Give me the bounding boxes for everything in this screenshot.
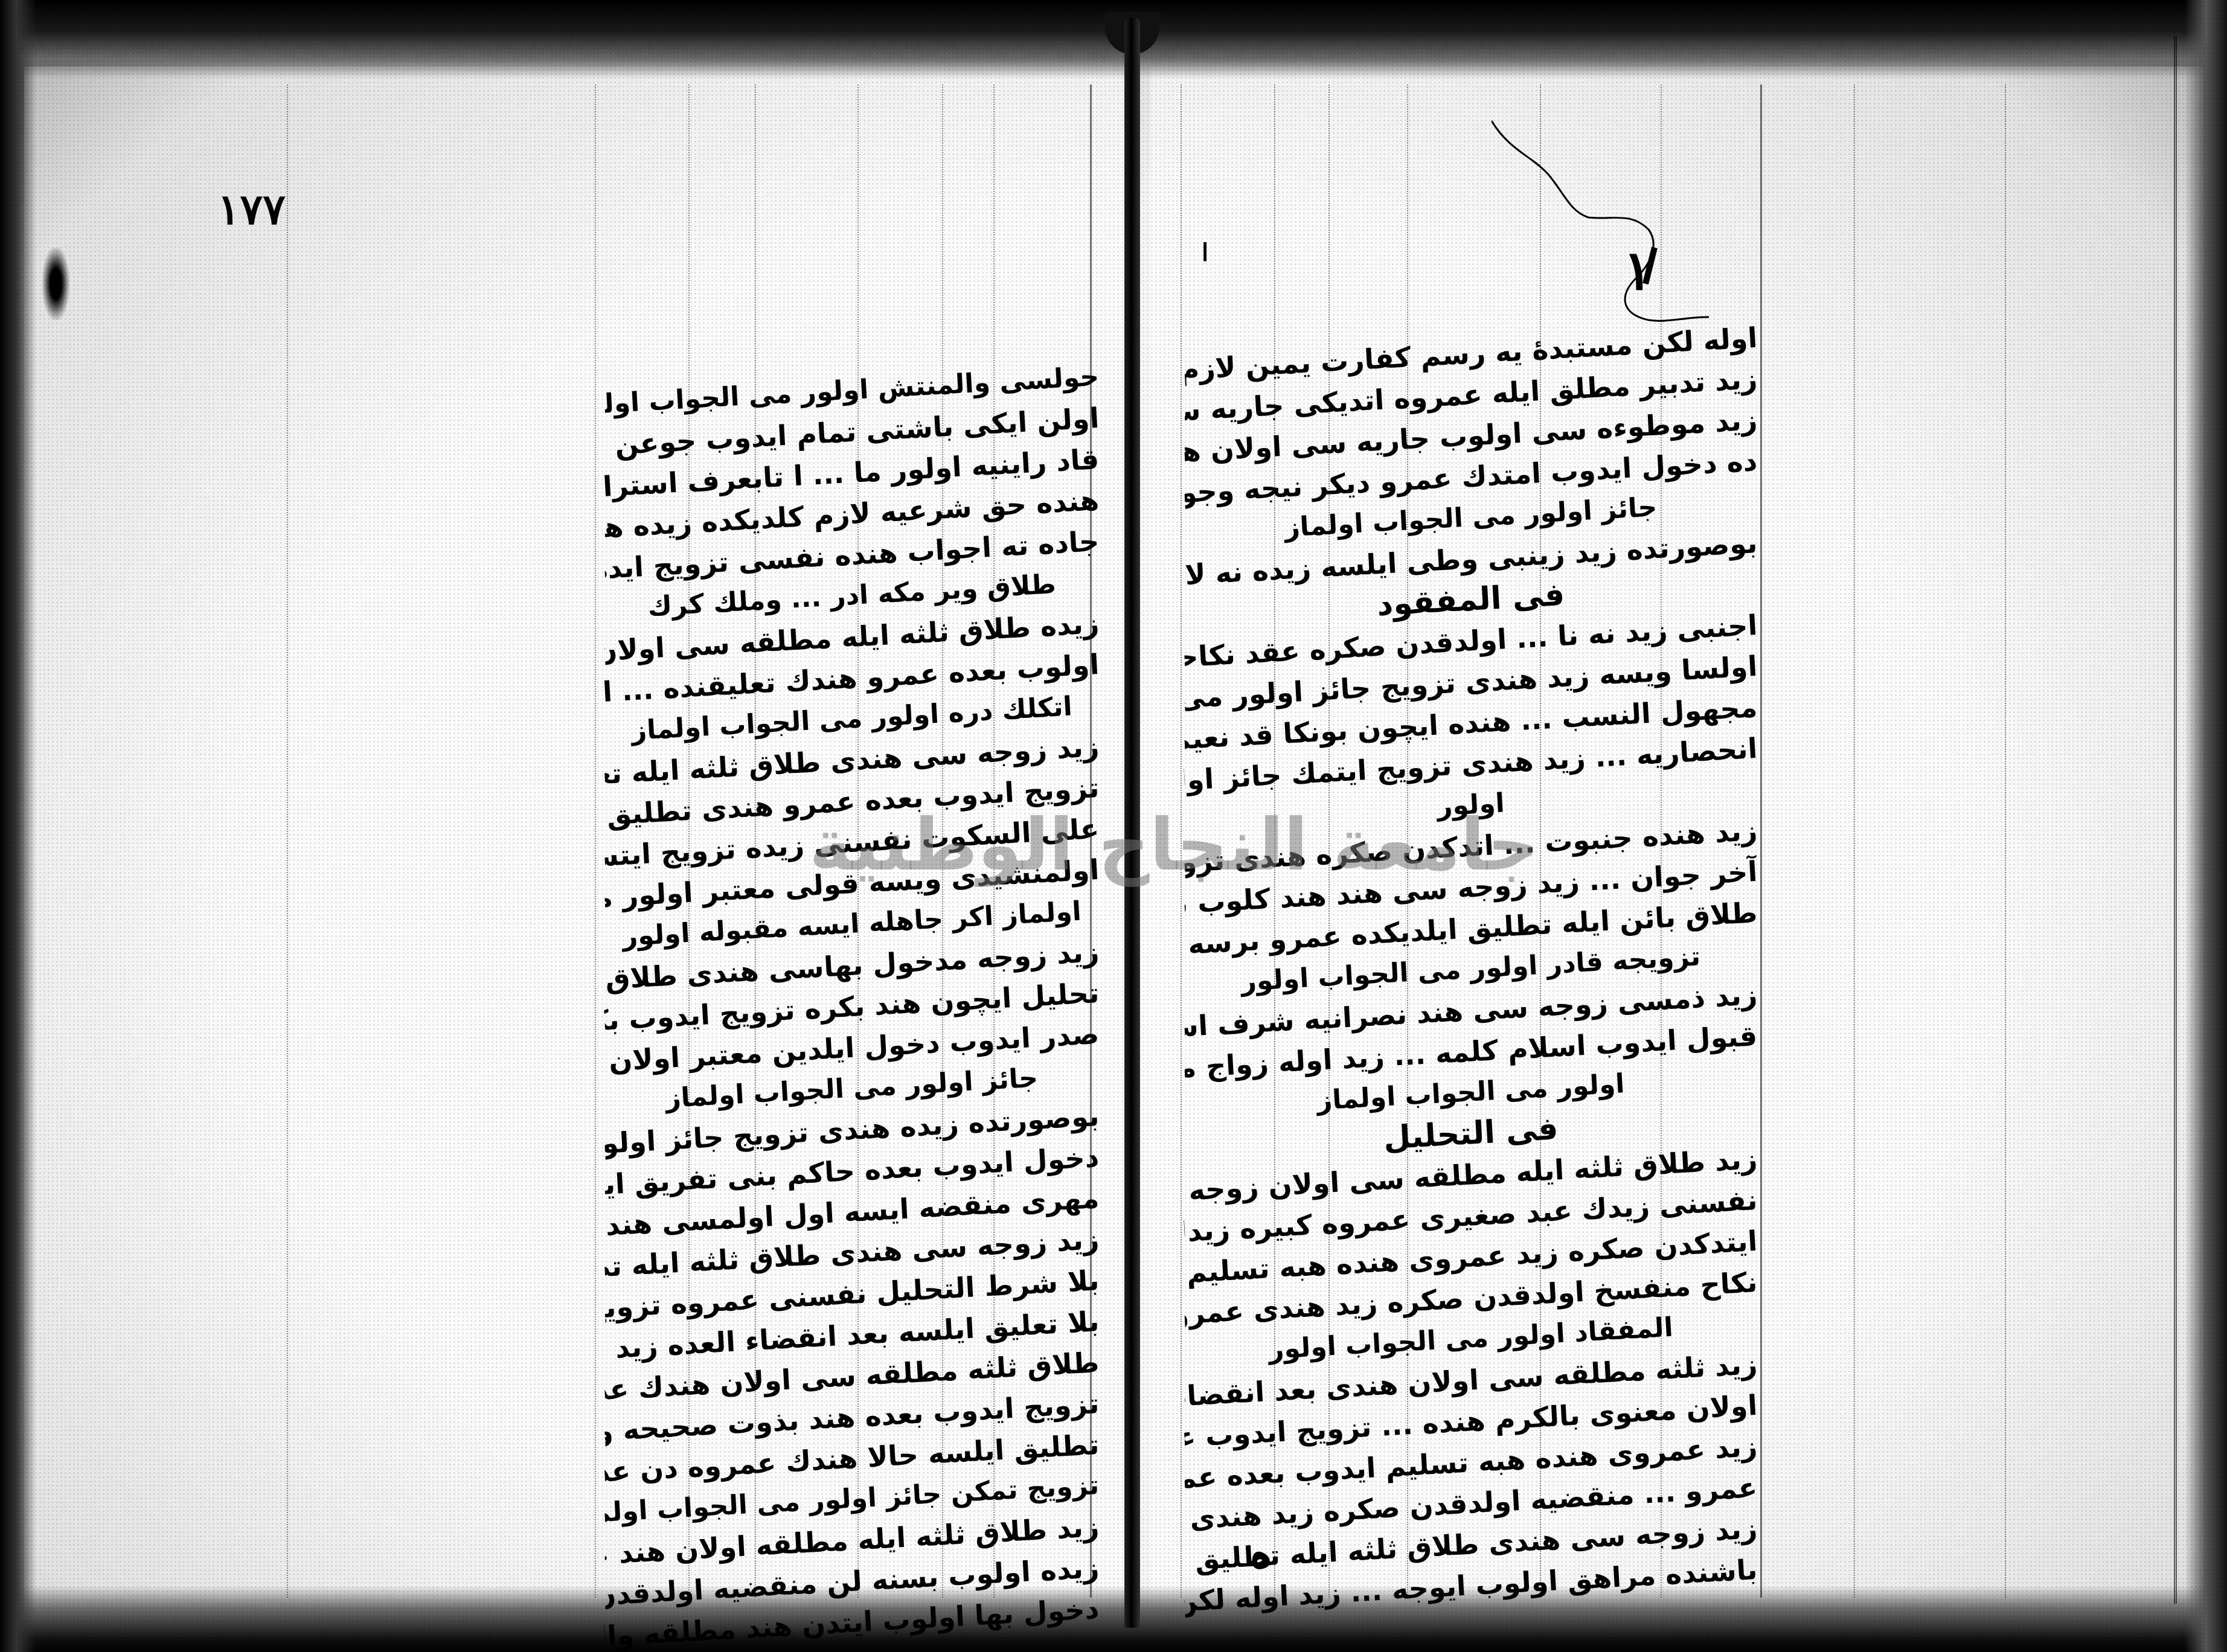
catchword: ه — [1250, 1528, 1272, 1578]
scan-left-edge — [0, 0, 36, 1652]
right-page-text: اوله لكن مستبدهٔ يه رسم كفارت يمين لازم … — [1184, 317, 1757, 1590]
ruled-line — [2005, 85, 2006, 1598]
stray-thread-icon — [1492, 85, 1721, 326]
page-number: ١٧٧ — [217, 184, 286, 234]
ink-stain — [42, 248, 69, 320]
page-fold — [2174, 36, 2177, 1604]
scan-right-edge — [2185, 0, 2227, 1652]
scan-bottom-edge — [0, 1586, 2227, 1652]
ruled-line — [287, 85, 288, 1598]
ruled-line — [595, 85, 596, 1598]
ruled-line — [1760, 85, 1762, 1598]
left-page-text: حولسى والمنتش اولور مى الجواب اولور اولن… — [604, 356, 1099, 1629]
ruled-line — [1854, 85, 1855, 1598]
university-watermark: جامعة النجاح الوطنية — [809, 803, 1539, 886]
margin-mark: ا — [1202, 239, 1208, 267]
